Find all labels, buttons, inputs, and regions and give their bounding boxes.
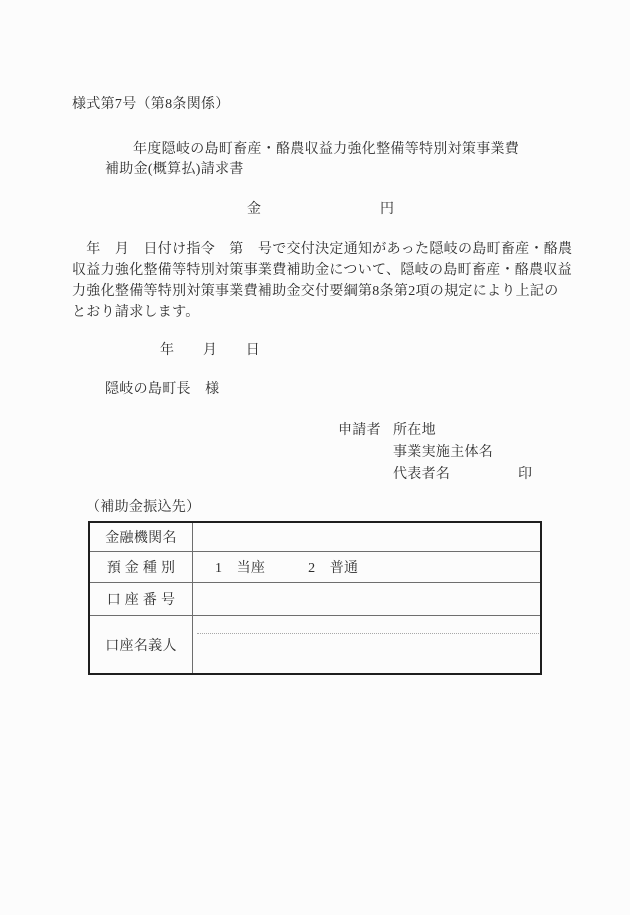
- row-label: 金融機関名: [90, 523, 193, 551]
- document-page: 様式第7号（第8条関係） 年度隠岐の島町畜産・酪農収益力強化整備等特別対策事業費…: [0, 0, 630, 915]
- table-row-account-number: 口 座 番 号: [90, 582, 540, 615]
- form-number: 様式第7号（第8条関係）: [72, 97, 230, 113]
- document-title-line2: 補助金(概算払)請求書: [105, 162, 244, 178]
- addressee: 隠岐の島町長 様: [105, 382, 219, 398]
- bank-transfer-caption: （補助金振込先）: [86, 500, 200, 516]
- table-row-deposit-type: 預 金 種 別 1 当座 2 普通: [90, 551, 540, 582]
- body-line: 年 月 日付け指令 第 号で交付決定通知があった隠岐の島町畜産・酪農: [72, 239, 572, 260]
- table-row-bank-name: 金融機関名: [90, 523, 540, 551]
- amount-suffix-label: 円: [380, 202, 394, 218]
- row-value: [193, 583, 540, 615]
- row-label: 預 金 種 別: [90, 552, 193, 582]
- body-line: 力強化整備等特別対策事業費補助金交付要綱第8条第2項の規定により上記の: [72, 281, 572, 302]
- body-line: とおり請求します。: [72, 302, 572, 323]
- seal-mark: 印: [518, 467, 532, 483]
- row-value: [193, 616, 540, 673]
- row-value: 1 当座 2 普通: [193, 552, 540, 582]
- document-title-line1: 年度隠岐の島町畜産・酪農収益力強化整備等特別対策事業費: [133, 142, 519, 158]
- amount-prefix-label: 金: [247, 202, 261, 218]
- row-label: 口 座 番 号: [90, 583, 193, 615]
- table-row-account-holder: 口座名義人: [90, 615, 540, 673]
- row-label: 口座名義人: [90, 616, 193, 673]
- applicant-label: 申請者: [338, 423, 381, 439]
- body-paragraph: 年 月 日付け指令 第 号で交付決定通知があった隠岐の島町畜産・酪農 収益力強化…: [72, 239, 572, 323]
- applicant-address-label: 所在地: [393, 423, 436, 439]
- date-line: 年 月 日: [160, 343, 260, 359]
- applicant-representative-label: 代表者名: [393, 467, 450, 483]
- body-line: 収益力強化整備等特別対策事業費補助金について、隠岐の島町畜産・酪農収益: [72, 260, 572, 281]
- row-value: [193, 523, 540, 551]
- applicant-entity-label: 事業実施主体名: [393, 445, 493, 461]
- bank-transfer-table: 金融機関名 預 金 種 別 1 当座 2 普通 口 座 番 号 口座名義人: [88, 521, 542, 675]
- furigana-dotted-line: [197, 633, 539, 634]
